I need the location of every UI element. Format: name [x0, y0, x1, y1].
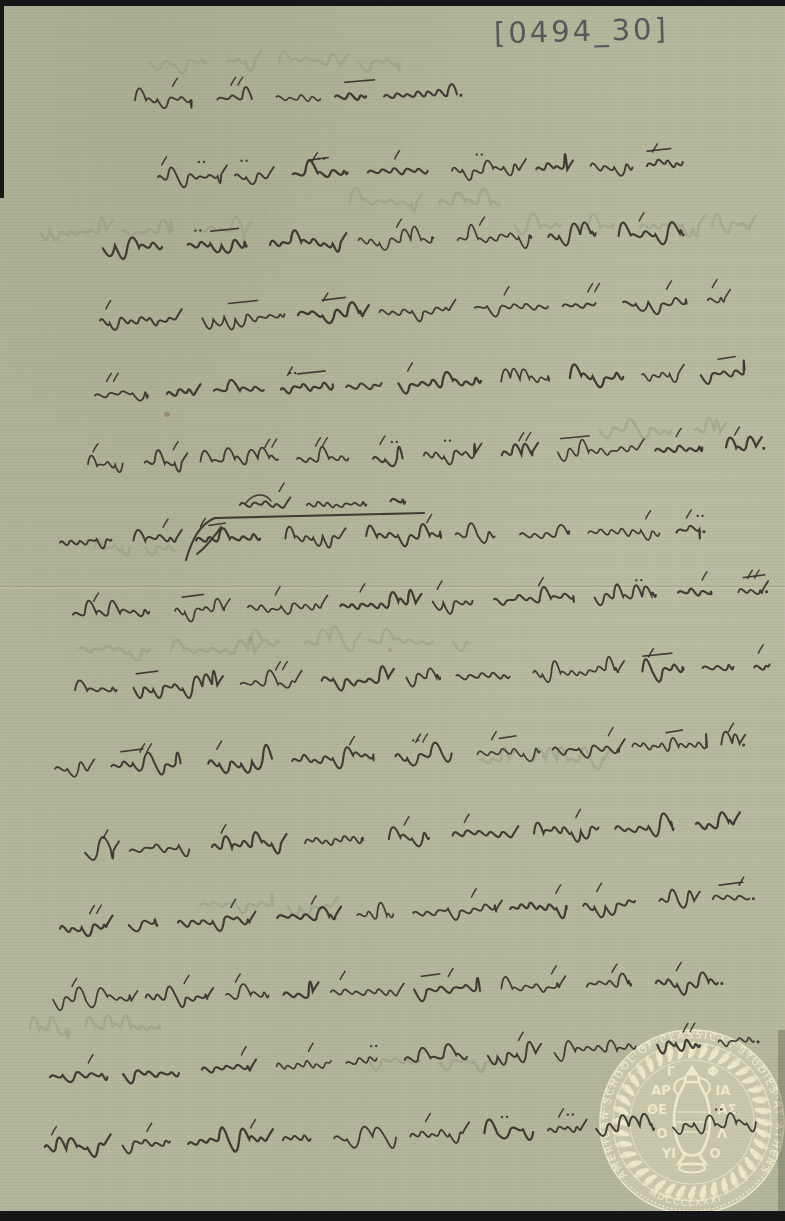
handwritten-line — [87, 426, 765, 474]
scan-edge-top — [0, 0, 785, 6]
handwritten-line — [84, 802, 741, 863]
catalog-number: [0494_30] — [494, 12, 670, 51]
handwritten-line — [72, 570, 769, 627]
handwriting-layer — [0, 0, 785, 1221]
scan-edge-right-shadow — [778, 1030, 785, 1212]
handwritten-line — [59, 877, 755, 941]
handwritten-line — [54, 723, 746, 780]
scan-edge-bottom — [0, 1211, 785, 1221]
handwritten-line — [99, 279, 731, 334]
handwritten-line — [102, 212, 683, 260]
handwritten-line — [60, 510, 706, 553]
handwritten-line — [52, 961, 723, 1011]
handwritten-line — [74, 645, 770, 702]
handwritten-line — [44, 1102, 756, 1160]
handwritten-line — [49, 1020, 760, 1089]
letter-page: AMERICAN SCHOOL OF CLASSICAL STUDIES AT … — [0, 0, 785, 1221]
handwritten-line — [157, 143, 683, 188]
scan-edge-left — [0, 0, 4, 198]
handwritten-line — [135, 73, 463, 109]
handwritten-line — [94, 351, 745, 405]
